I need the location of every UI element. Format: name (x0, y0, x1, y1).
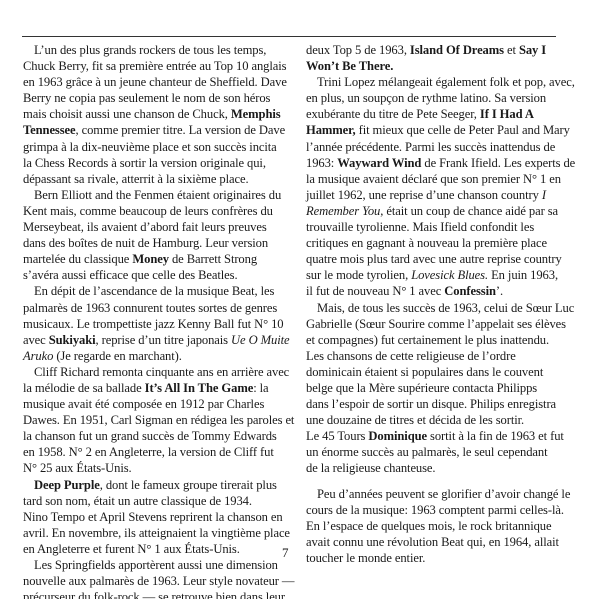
text-run: s’avéra aussi efficace que celle des Bea… (23, 268, 238, 282)
text-run: , était un coup de chance aidé par sa (380, 204, 558, 218)
text-run: l’année précédente. Parmi les succès ina… (306, 140, 555, 154)
text-line: critiques en gagnant à nouveau la premiè… (306, 235, 568, 251)
text-run: avec (23, 333, 49, 347)
text-run: critiques en gagnant à nouveau la premiè… (306, 236, 547, 250)
text-line: Cliff Richard remonta cinquante ans en a… (23, 364, 285, 380)
text-line: dans l’espoir de sortir un disque. Phili… (306, 396, 568, 412)
text-line: Chuck Berry, fit sa première entrée au T… (23, 58, 285, 74)
text-line: Bern Elliott and the Fenmen étaient orig… (23, 187, 285, 203)
text-line: la chanson fut un grand succès de Tommy … (23, 428, 285, 444)
text-line: Kent mais, comme beaucoup de leurs confr… (23, 203, 285, 219)
text-line: et compagnes) fut certainement le plus i… (306, 332, 568, 348)
text-run: la mélodie de sa ballade (23, 381, 145, 395)
text-line: deux Top 5 de 1963, Island Of Dreams et … (306, 42, 568, 58)
italic-title: Aruko (23, 349, 53, 363)
text-run: Nino Tempo et April Stevens reprirent la… (23, 510, 283, 524)
paragraph: Deep Purple, dont le fameux groupe tirer… (23, 477, 285, 557)
bold-title: Island Of Dreams (410, 43, 504, 57)
text-run: , comme premier titre. La version de Dav… (76, 123, 286, 137)
bold-title: Memphis (231, 107, 281, 121)
text-run: musique avait été composée en 1912 par C… (23, 397, 264, 411)
text-run: Kent mais, comme beaucoup de leurs confr… (23, 204, 273, 218)
text-line: s’avéra aussi efficace que celle des Bea… (23, 267, 285, 283)
left-column: L’un des plus grands rockers de tous les… (23, 42, 285, 599)
text-line: Deep Purple, dont le fameux groupe tirer… (23, 477, 285, 493)
text-run: en plus, un soupçon de rythme latino. Sa… (306, 91, 546, 105)
text-line: grimpa à la dix-neuvième place et son su… (23, 139, 285, 155)
text-run: belge que la Mère supérieure contacta Ph… (306, 381, 537, 395)
text-run: exubérante du titre de Pete Seeger, (306, 107, 480, 121)
text-line: l’année précédente. Parmi les succès ina… (306, 139, 568, 155)
text-line: dominicain étaient si populaires dans le… (306, 364, 568, 380)
text-run: dans l’espoir de sortir un disque. Phili… (306, 397, 556, 411)
text-run: avril. En novembre, ils atteignaient la … (23, 526, 290, 540)
text-line: palmarès de 1963 connurent toutes sortes… (23, 300, 285, 316)
bold-title: Money (132, 252, 169, 266)
text-line: Le 45 Tours Dominique sortit à la fin de… (306, 428, 568, 444)
text-run: de Barrett Strong (169, 252, 257, 266)
italic-title: Ue O Muite (231, 333, 289, 347)
text-line: dépassant sa rivale, atterrit à la sixiè… (23, 171, 285, 187)
text-run: Dawes. En 1951, Carl Sigman en rédigea l… (23, 413, 294, 427)
text-run: Gabrielle (Sœur Sourire comme l’appelait… (306, 317, 566, 331)
text-run: mais choisit aussi une chanson de Chuck, (23, 107, 231, 121)
paragraph: Peu d’années peuvent se glorifier d’avoi… (306, 486, 568, 566)
text-line: Nino Tempo et April Stevens reprirent la… (23, 509, 285, 525)
text-run: Peu d’années peuvent se glorifier d’avoi… (317, 487, 570, 501)
text-run: et (504, 43, 519, 57)
text-line: une douzaine de titres et décida de les … (306, 412, 568, 428)
text-run: musicaux. Le trompettiste jazz Kenny Bal… (23, 317, 284, 331)
bold-title: Won’t Be There. (306, 59, 393, 73)
bold-title: If I Had A (480, 107, 534, 121)
text-run: Cliff Richard remonta cinquante ans en a… (34, 365, 289, 379)
text-run: quatre mois plus tard avec une autre rep… (306, 252, 562, 266)
paragraph: Trini Lopez mélangeait également folk et… (306, 74, 568, 299)
text-run: Bern Elliott and the Fenmen étaient orig… (34, 188, 281, 202)
bold-title: Say I (519, 43, 546, 57)
text-run: de la religieuse chanteuse. (306, 461, 435, 475)
text-run: ’. (496, 284, 503, 298)
text-line: en 1958. N° 2 en Angleterre, la version … (23, 444, 285, 460)
italic-title: Lovesick Blues. (411, 268, 488, 282)
bold-title: Sukiyaki (49, 333, 96, 347)
bold-title: Hammer, (306, 123, 356, 137)
text-run: tard son nom, était un autre classique d… (23, 494, 252, 508)
text-run: , reprise d’un titre japonais (96, 333, 232, 347)
text-run: Chuck Berry, fit sa première entrée au T… (23, 59, 286, 73)
text-line: mais choisit aussi une chanson de Chuck,… (23, 106, 285, 122)
text-line: en Angleterre et furent N° 1 aux États-U… (23, 541, 285, 557)
text-run: dépassant sa rivale, atterrit à la sixiè… (23, 172, 249, 186)
text-line: Aruko (Je regarde en marchant). (23, 348, 285, 364)
text-line: avril. En novembre, ils atteignaient la … (23, 525, 285, 541)
text-line: Merseybeat, ils avaient d’abord fait leu… (23, 219, 285, 235)
text-line: il fut de nouveau N° 1 avec Confessin’. (306, 283, 568, 299)
text-run: Berry ne copia pas seulement le nom de s… (23, 91, 270, 105)
bold-title: Dominique (368, 429, 427, 443)
text-line: la Chess Records à sortir la version ori… (23, 155, 285, 171)
text-line: Gabrielle (Sœur Sourire comme l’appelait… (306, 316, 568, 332)
text-run: Trini Lopez mélangeait également folk et… (317, 75, 575, 89)
text-run: Merseybeat, ils avaient d’abord fait leu… (23, 220, 267, 234)
paragraph: deux Top 5 de 1963, Island Of Dreams et … (306, 42, 568, 74)
text-line: sur le mode tyrolien, Lovesick Blues. En… (306, 267, 568, 283)
paragraph: En dépit de l’ascendance de la musique B… (23, 283, 285, 363)
text-line: nouvelle aux palmarès de 1963. Leur styl… (23, 573, 285, 589)
text-run: 1963: (306, 156, 337, 170)
text-run: N° 25 aux États-Unis. (23, 461, 132, 475)
text-line: Mais, de tous les succès de 1963, celui … (306, 300, 568, 316)
text-line: la mélodie de sa ballade It’s All In The… (23, 380, 285, 396)
text-run: : la (253, 381, 268, 395)
paragraph: L’un des plus grands rockers de tous les… (23, 42, 285, 187)
text-line: belge que la Mère supérieure contacta Ph… (306, 380, 568, 396)
text-line: Remember You, était un coup de chance ai… (306, 203, 568, 219)
text-line: martelée du classique Money de Barrett S… (23, 251, 285, 267)
text-line: Peu d’années peuvent se glorifier d’avoi… (306, 486, 568, 502)
paragraph: Bern Elliott and the Fenmen étaient orig… (23, 187, 285, 284)
text-run: précurseur du folk-rock — se retrouve bi… (23, 590, 285, 599)
text-run: (Je regarde en marchant). (53, 349, 182, 363)
text-run: avait connu une révolution Beat qui, en … (306, 535, 559, 549)
text-run: en 1963 grâce à un jeune chanteur de She… (23, 75, 287, 89)
text-run: sur le mode tyrolien, (306, 268, 411, 282)
text-run: dans des boîtes de nuit de Hamburg. Leur… (23, 236, 268, 250)
text-line: musicaux. Le trompettiste jazz Kenny Bal… (23, 316, 285, 332)
text-run: En juin 1963, (488, 268, 558, 282)
text-line: quatre mois plus tard avec une autre rep… (306, 251, 568, 267)
text-line: cours de la musique: 1963 comptent parmi… (306, 502, 568, 518)
text-line: en plus, un soupçon de rythme latino. Sa… (306, 90, 568, 106)
text-run: dominicain étaient si populaires dans le… (306, 365, 543, 379)
text-line: 1963: Wayward Wind de Frank Ifield. Les … (306, 155, 568, 171)
text-run: sortit à la fin de 1963 et fut (427, 429, 564, 443)
text-line: Won’t Be There. (306, 58, 568, 74)
italic-title: I (542, 188, 546, 202)
text-run: fit mieux que celle de Peter Paul and Ma… (356, 123, 570, 137)
text-run: palmarès de 1963 connurent toutes sortes… (23, 301, 277, 315)
text-line: avec Sukiyaki, reprise d’un titre japona… (23, 332, 285, 348)
text-run: un énorme succès au palmarès, le seul ce… (306, 445, 547, 459)
text-run: de Frank Ifield. Les experts de (421, 156, 575, 170)
text-line: en 1963 grâce à un jeune chanteur de She… (23, 74, 285, 90)
text-run: toucher le monde entier. (306, 551, 425, 565)
text-run: , dont le fameux groupe tirerait plus (100, 478, 277, 492)
paragraph: Mais, de tous les succès de 1963, celui … (306, 300, 568, 477)
text-line: toucher le monde entier. (306, 550, 568, 566)
text-run: martelée du classique (23, 252, 132, 266)
text-run: la Chess Records à sortir la version ori… (23, 156, 266, 170)
bold-title: It’s All In The Game (145, 381, 254, 395)
text-run: Les Springfields apportèrent aussi une d… (34, 558, 278, 572)
text-line: de la religieuse chanteuse. (306, 460, 568, 476)
text-run: En l’espace de quelques mois, le rock br… (306, 519, 552, 533)
text-run: en Angleterre et furent N° 1 aux États-U… (23, 542, 240, 556)
text-run: grimpa à la dix-neuvième place et son su… (23, 140, 277, 154)
text-line: dans des boîtes de nuit de Hamburg. Leur… (23, 235, 285, 251)
text-run: juillet 1962, une reprise d’une chanson … (306, 188, 542, 202)
text-run: cours de la musique: 1963 comptent parmi… (306, 503, 564, 517)
text-line: Trini Lopez mélangeait également folk et… (306, 74, 568, 90)
text-line: juillet 1962, une reprise d’une chanson … (306, 187, 568, 203)
text-run: Les chansons de cette religieuse de l’or… (306, 349, 516, 363)
text-line: Berry ne copia pas seulement le nom de s… (23, 90, 285, 106)
text-line: musique avait été composée en 1912 par C… (23, 396, 285, 412)
paragraph: Les Springfields apportèrent aussi une d… (23, 557, 285, 599)
text-run: et compagnes) fut certainement le plus i… (306, 333, 549, 347)
bold-title: Tennessee (23, 123, 76, 137)
text-run: Mais, de tous les succès de 1963, celui … (317, 301, 574, 315)
italic-title: Remember You (306, 204, 380, 218)
text-line: précurseur du folk-rock — se retrouve bi… (23, 589, 285, 599)
text-line: En dépit de l’ascendance de la musique B… (23, 283, 285, 299)
text-line: exubérante du titre de Pete Seeger, If I… (306, 106, 568, 122)
text-run: une douzaine de titres et décida de les … (306, 413, 524, 427)
text-line: Tennessee, comme premier titre. La versi… (23, 122, 285, 138)
text-run: en 1958. N° 2 en Angleterre, la version … (23, 445, 274, 459)
text-line: Hammer, fit mieux que celle de Peter Pau… (306, 122, 568, 138)
right-column: deux Top 5 de 1963, Island Of Dreams et … (306, 42, 568, 566)
page-number: 7 (282, 545, 289, 561)
text-line: N° 25 aux États-Unis. (23, 460, 285, 476)
text-line: L’un des plus grands rockers de tous les… (23, 42, 285, 58)
paragraph: Cliff Richard remonta cinquante ans en a… (23, 364, 285, 477)
text-run: nouvelle aux palmarès de 1963. Leur styl… (23, 574, 294, 588)
text-line: Dawes. En 1951, Carl Sigman en rédigea l… (23, 412, 285, 428)
text-line: un énorme succès au palmarès, le seul ce… (306, 444, 568, 460)
bold-title: Confessin (444, 284, 496, 298)
top-rule (22, 36, 556, 37)
text-run: Le 45 Tours (306, 429, 368, 443)
bold-title: Deep Purple (34, 478, 100, 492)
text-line: avait connu une révolution Beat qui, en … (306, 534, 568, 550)
bold-title: Wayward Wind (337, 156, 421, 170)
text-line: tard son nom, était un autre classique d… (23, 493, 285, 509)
text-run: il fut de nouveau N° 1 avec (306, 284, 444, 298)
text-line: trouvaille tyrolienne. Mais Ifield confo… (306, 219, 568, 235)
text-line: En l’espace de quelques mois, le rock br… (306, 518, 568, 534)
text-run: la musique avaient déclaré que son premi… (306, 172, 561, 186)
text-run: En dépit de l’ascendance de la musique B… (34, 284, 274, 298)
text-run: la chanson fut un grand succès de Tommy … (23, 429, 277, 443)
text-run: deux Top 5 de 1963, (306, 43, 410, 57)
text-line: Les Springfields apportèrent aussi une d… (23, 557, 285, 573)
text-line: Les chansons de cette religieuse de l’or… (306, 348, 568, 364)
text-run: L’un des plus grands rockers de tous les… (34, 43, 266, 57)
text-line: la musique avaient déclaré que son premi… (306, 171, 568, 187)
text-run: trouvaille tyrolienne. Mais Ifield confo… (306, 220, 534, 234)
